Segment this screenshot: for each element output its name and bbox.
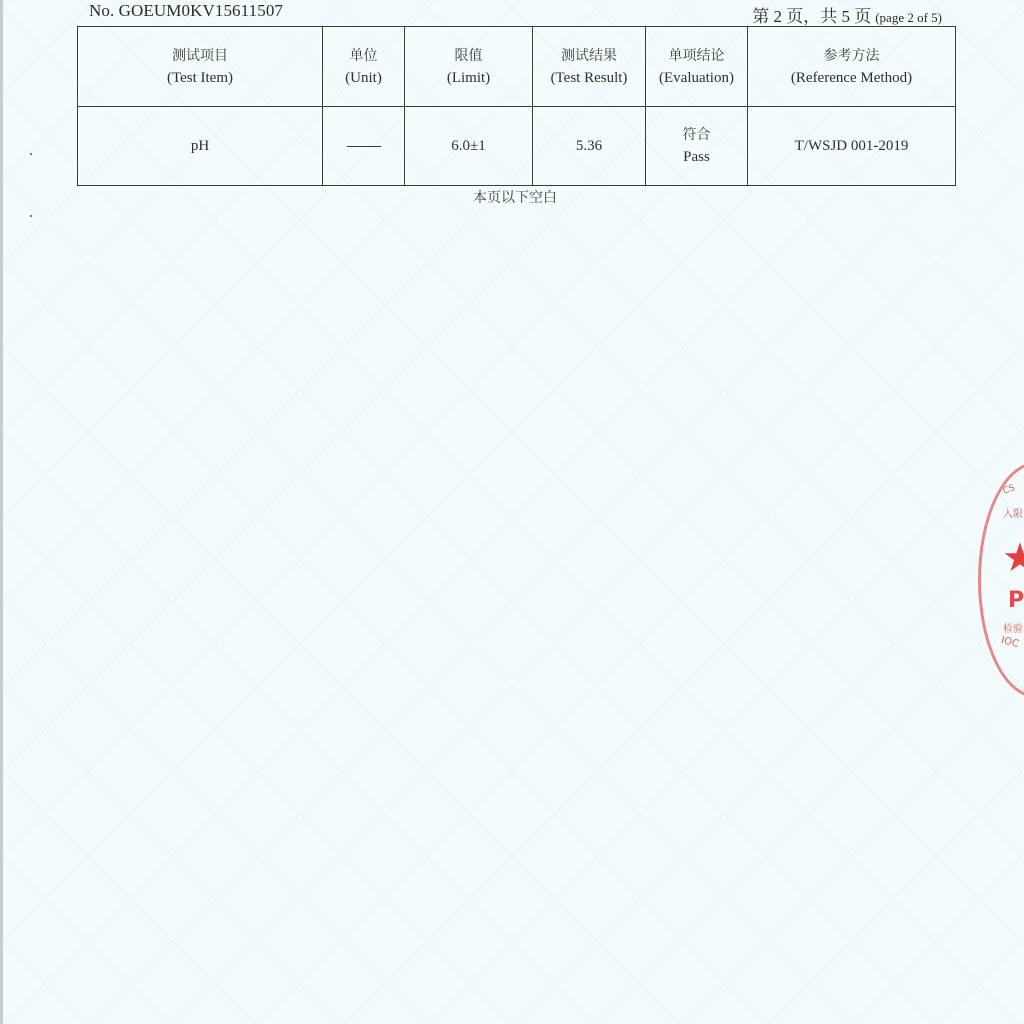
official-seal bbox=[978, 462, 1024, 698]
column-header-test-result: 测试结果(Test Result) bbox=[533, 27, 646, 107]
column-header-test-item: 测试项目(Test Item) bbox=[78, 27, 323, 107]
cell-result: 5.36 bbox=[533, 107, 646, 186]
blank-below-note: 本页以下空白 bbox=[0, 187, 1024, 207]
seal-text-mid: 入限 bbox=[1003, 505, 1023, 520]
seal-text-lower: 检验 bbox=[1003, 620, 1023, 635]
cell-evaluation: 符合Pass bbox=[646, 107, 748, 186]
page-indicator-cn: 第 2 页，共 5 页 bbox=[752, 7, 871, 26]
column-header-limit: 限值(Limit) bbox=[405, 27, 533, 107]
cell-test-item: pH bbox=[78, 107, 323, 186]
table-header-row: 测试项目(Test Item) 单位(Unit) 限值(Limit) 测试结果(… bbox=[78, 27, 956, 107]
cell-unit bbox=[323, 107, 405, 186]
report-number: No. GOEUM0KV15611507 bbox=[89, 1, 283, 21]
column-header-evaluation: 单项结论(Evaluation) bbox=[646, 27, 748, 107]
table-row: pH 6.0±1 5.36 符合Pass T/WSJD 001-2019 bbox=[78, 107, 956, 186]
page-indicator-en: (page 2 of 5) bbox=[875, 10, 942, 25]
cell-reference-method: T/WSJD 001-2019 bbox=[748, 107, 956, 186]
test-results-table: 测试项目(Test Item) 单位(Unit) 限值(Limit) 测试结果(… bbox=[77, 26, 956, 186]
margin-mark bbox=[30, 153, 32, 155]
unit-dash bbox=[347, 146, 381, 147]
column-header-unit: 单位(Unit) bbox=[323, 27, 405, 107]
page-left-edge bbox=[0, 0, 3, 1024]
star-icon: ★ bbox=[1002, 538, 1024, 578]
column-header-reference-method: 参考方法(Reference Method) bbox=[748, 27, 956, 107]
page-indicator: 第 2 页，共 5 页(page 2 of 5) bbox=[752, 2, 942, 27]
cell-limit: 6.0±1 bbox=[405, 107, 533, 186]
seal-letter: P bbox=[1008, 588, 1024, 613]
margin-mark bbox=[30, 215, 32, 217]
